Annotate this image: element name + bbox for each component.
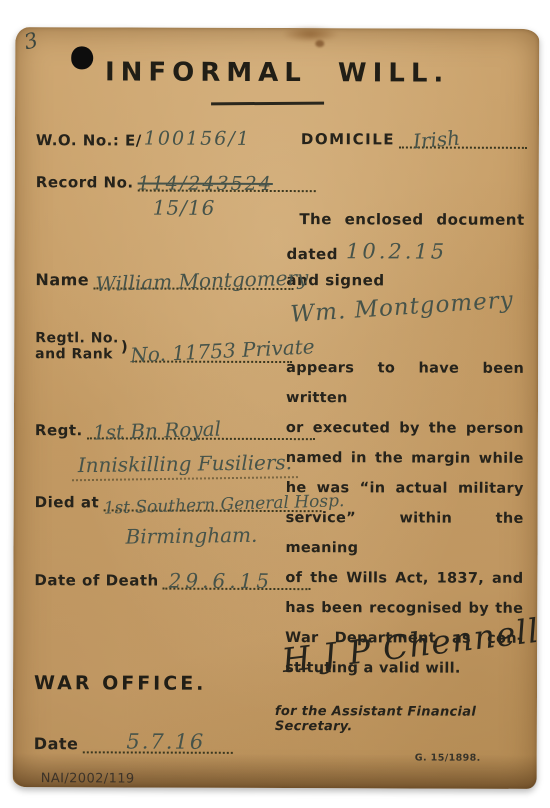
for-assistant-financial-secretary: for the Assistant Financial Secretary. bbox=[275, 704, 537, 735]
form-title: INFORMAL WILL. bbox=[15, 57, 539, 89]
name-label: Name bbox=[35, 271, 89, 289]
date-of-death-field: Date of Death 29.6.15 bbox=[34, 567, 310, 590]
wo-number-value: 100156/1 bbox=[144, 128, 251, 150]
statement-body-line: service” within the meaning bbox=[285, 503, 523, 564]
date-field: Date 5.7.16 bbox=[34, 731, 233, 754]
record-number-field: Record No. 114/243524 bbox=[36, 169, 316, 192]
date-value: 5.7.16 bbox=[126, 729, 205, 753]
date-line: 5.7.16 bbox=[82, 731, 232, 754]
record-number-label: Record No. bbox=[36, 173, 134, 191]
statement-dated: dated 10.2.15 bbox=[287, 239, 525, 264]
died-at-line: 1st Southern General Hosp. bbox=[103, 489, 321, 512]
handwritten-corner-number: 3 bbox=[22, 28, 41, 54]
died-at-field: Died at 1st Southern General Hosp. bbox=[35, 489, 322, 512]
died-at-value-line2: Birmingham. bbox=[125, 523, 257, 549]
regtl-no-value: No. 11753 Private bbox=[130, 334, 315, 367]
dated-value: 10.2.15 bbox=[346, 239, 447, 263]
date-of-death-value: 29.6.15 bbox=[169, 569, 273, 593]
title-underline bbox=[211, 102, 324, 106]
statement-line1: The enclosed document bbox=[287, 210, 525, 229]
date-label: Date bbox=[34, 735, 79, 753]
wo-number-label: W.O. No.: E/ bbox=[36, 131, 142, 149]
died-at-label: Died at bbox=[35, 493, 100, 511]
domicile-label: DOMICILE bbox=[301, 130, 395, 148]
form-code: G. 15/1898. bbox=[415, 752, 481, 763]
statement-body-line: of the Wills Act, 1837, and bbox=[285, 563, 523, 594]
war-office-label: WAR OFFICE. bbox=[34, 672, 206, 695]
signed-label: and signed bbox=[286, 271, 524, 290]
regtl-no-field: Regtl. No. and Rank ) No. 11753 Private bbox=[35, 330, 292, 363]
statement-body-line: or executed by the person bbox=[286, 413, 524, 444]
testator-signature: Wm. Montgomery bbox=[290, 287, 515, 328]
domicile-line: Irish bbox=[399, 126, 527, 148]
date-of-death-line: 29.6.15 bbox=[163, 568, 311, 591]
domicile-field: DOMICILE Irish bbox=[301, 126, 527, 149]
record-number-revised-value: 15/16 bbox=[153, 196, 216, 220]
regt-label: Regt. bbox=[35, 421, 83, 439]
informal-will-form: 3 INFORMAL WILL. W.O. No.: E/ 100156/1 D… bbox=[13, 27, 540, 789]
name-line: William Montgomery bbox=[93, 267, 293, 290]
record-number-struck-value: 114/243524 bbox=[138, 173, 273, 195]
regtl-no-line: No. 11753 Private bbox=[132, 340, 292, 363]
name-field: Name William Montgomery bbox=[35, 267, 293, 290]
regt-line: 1st Bn Royal bbox=[87, 417, 315, 440]
regtl-no-label-line1: Regtl. No. bbox=[35, 330, 119, 346]
name-value: William Montgomery bbox=[95, 265, 309, 296]
wo-number-field: W.O. No.: E/ 100156/1 bbox=[36, 127, 251, 150]
paper-stain bbox=[281, 26, 339, 42]
archive-reference: NAI/2002/119 bbox=[41, 771, 135, 786]
regt-value-line1: 1st Bn Royal bbox=[92, 417, 221, 445]
statement-body-line: named in the margin while bbox=[286, 443, 524, 474]
regtl-no-label-line2: and Rank bbox=[35, 346, 119, 362]
domicile-value: Irish bbox=[412, 126, 461, 154]
regt-field: Regt. 1st Bn Royal bbox=[35, 417, 315, 440]
regt-value-line2: Inniskilling Fusiliers. bbox=[72, 450, 299, 481]
regtl-brace: ) bbox=[121, 337, 128, 355]
statement-body-line: appears to have been written bbox=[286, 353, 524, 414]
date-of-death-label: Date of Death bbox=[34, 571, 158, 589]
paper-stain-dot bbox=[315, 40, 324, 47]
record-number-line: 114/243524 bbox=[138, 170, 316, 193]
dated-label: dated bbox=[287, 245, 339, 263]
